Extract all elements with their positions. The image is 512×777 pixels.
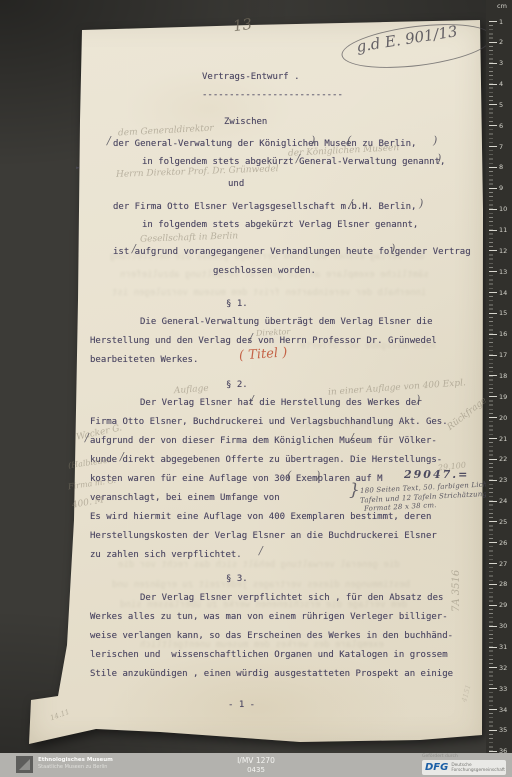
handwritten-annotation: / [85, 432, 89, 443]
handwritten-annotation: / [259, 545, 263, 556]
dfg-logo: DFG Deutsche Forschungsgemeinschaft [422, 760, 506, 775]
typed-line: geschlossen worden. [213, 266, 316, 277]
typed-line: ist aufgrund vorangegangener Verhandlung… [113, 247, 471, 258]
typed-line: kunde direkt abgegebenen Offerte zu über… [90, 455, 442, 466]
typed-line: bearbeiteten Werkes. [90, 355, 198, 366]
dfg-abbreviation: DFG [425, 762, 448, 774]
ruler-tick [489, 63, 497, 64]
handwritten-annotation: / [132, 243, 136, 254]
ruler-tick [489, 584, 497, 585]
bleedthrough-ghost-line: die general verwaltung behält sich das r… [118, 560, 400, 570]
handwritten-annotation: ( [347, 135, 351, 146]
ruler-tick [489, 104, 497, 105]
ruler-tick [489, 730, 497, 731]
handwritten-annotation: ► [76, 166, 80, 171]
handwritten-annotation: 7A 3516 [452, 570, 462, 612]
typed-line: § 3. [226, 574, 248, 585]
ruler-tick [489, 626, 497, 627]
ruler-number: 35 [499, 726, 512, 734]
ruler-number: 15 [499, 309, 512, 317]
ruler-number: 17 [499, 351, 512, 359]
handwritten-annotation: 13 [232, 17, 253, 35]
typed-line: -------------------------- [202, 90, 343, 101]
handwritten-annotation: ) [419, 198, 423, 209]
ruler-number: 13 [499, 268, 512, 276]
bleedthrough-ghost-line: bestimmungen dieses vertrages jederzeit … [112, 580, 410, 590]
typed-line: veranschlagt, bei einem Umfange von [90, 493, 280, 504]
handwritten-annotation: / [120, 451, 124, 462]
ruler-number: 5 [499, 101, 512, 109]
archive-footer-bar: Ethnologisches Museum Staatliche Museen … [0, 753, 512, 777]
ruler-tick [489, 480, 497, 481]
measurement-ruler: cm 1234567891011121314151617181920212223… [486, 0, 512, 753]
ruler-tick [489, 647, 497, 648]
typed-line: der Firma Otto Elsner Verlagsgesellschaf… [113, 202, 416, 213]
ruler-number: 23 [499, 476, 512, 484]
ruler-number: 16 [499, 330, 512, 338]
typed-line: Herstellungskosten der Verlag Elsner an … [90, 531, 437, 542]
ruler-number: 20 [499, 414, 512, 422]
ruler-number: 3 [499, 59, 512, 67]
handwritten-annotation: 29047.= [404, 469, 469, 480]
ruler-number: 1 [499, 18, 512, 26]
ruler-tick [489, 563, 497, 564]
handwritten-annotation: ) [416, 394, 420, 405]
typed-line: - 1 - [228, 700, 255, 711]
typed-line: Der Verlag Elsner hat die Herstellung de… [140, 398, 422, 409]
ruler-tick [489, 125, 497, 126]
ruler-tick [489, 417, 497, 418]
dfg-funding-block: Gefördert durch DFG Deutsche Forschungsg… [422, 754, 508, 776]
ruler-number: 6 [499, 122, 512, 130]
handwritten-annotation: / [349, 198, 353, 209]
ruler-number: 25 [499, 518, 512, 526]
ruler-minor-ticks [489, 21, 493, 751]
handwritten-annotation: / [350, 432, 354, 443]
ruler-tick [489, 501, 497, 502]
scan-viewport: der verlag elsner wird dem vertrage gemä… [0, 0, 512, 777]
handwritten-annotation: ) [316, 470, 320, 481]
handwritten-annotation: / [250, 394, 254, 405]
ruler-number: 21 [499, 435, 512, 443]
typed-line: Werkes alles zu tun, was man von einem r… [90, 612, 448, 623]
typed-line: und [228, 179, 244, 190]
handwritten-annotation: ) [311, 135, 315, 146]
dfg-full-name: Deutsche Forschungsgemeinschaft [451, 763, 505, 773]
ruler-tick [489, 751, 497, 752]
typed-line: Der Verlag Elsner verpflichtet sich , fü… [140, 593, 443, 604]
handwritten-annotation: } [349, 482, 360, 499]
ruler-tick [489, 292, 497, 293]
typed-line: Stile anzukündigen , einen würdig ausges… [90, 669, 453, 680]
handwritten-annotation: / [296, 153, 300, 164]
ruler-number: 27 [499, 560, 512, 568]
ruler-number: 18 [499, 372, 512, 380]
ruler-tick [489, 188, 497, 189]
ruler-number: 32 [499, 664, 512, 672]
ruler-number: 30 [499, 622, 512, 630]
ruler-number: 34 [499, 706, 512, 714]
ruler-tick [489, 313, 497, 314]
ruler-number: 9 [499, 184, 512, 192]
ruler-tick [489, 396, 497, 397]
typed-line: § 2. [226, 380, 248, 391]
typed-line: Es wird hiermit eine Auflage von 400 Exe… [90, 512, 431, 523]
ruler-tick [489, 667, 497, 668]
typed-line: weise verlangen kann, so das Erscheinen … [90, 631, 453, 642]
ruler-number: 11 [499, 226, 512, 234]
typed-line: kosten waren für eine Auflage von 300 Ex… [90, 474, 383, 485]
typed-line: lerischen und wissenschaftlichen Organen… [90, 650, 448, 661]
ruler-tick [489, 375, 497, 376]
ruler-number: 4 [499, 80, 512, 88]
typed-line: Firma Otto Elsner, Buchdruckerei und Ver… [90, 417, 448, 428]
typed-line: zu zahlen sich verpflichtet. [90, 550, 242, 561]
ruler-number: 29 [499, 601, 512, 609]
ruler-number: 7 [499, 143, 512, 151]
ruler-tick [489, 688, 497, 689]
ruler-number: 22 [499, 455, 512, 463]
ruler-number: 2 [499, 38, 512, 46]
typed-line: in folgendem stets abgekürzt Verlag Elsn… [142, 220, 418, 231]
typed-line: § 1. [226, 299, 248, 310]
ruler-tick [489, 250, 497, 251]
ruler-tick [489, 459, 497, 460]
ruler-tick [489, 334, 497, 335]
handwritten-annotation: / [107, 135, 111, 146]
typed-line: Zwischen [224, 117, 267, 128]
handwritten-annotation: / [249, 332, 253, 343]
bleedthrough-ghost-line: innerhalb der vereinbarten frist dem mus… [112, 288, 426, 298]
ruler-number: 10 [499, 205, 512, 213]
typed-line: aufgrund der von dieser Firma dem Königl… [90, 436, 437, 447]
ruler-tick [489, 84, 497, 85]
handwritten-annotation: ) [433, 135, 437, 146]
ruler-tick [489, 521, 497, 522]
ruler-number: 12 [499, 247, 512, 255]
handwritten-annotation: ) [437, 153, 441, 164]
typed-line: Vertrags-Entwurf . [202, 72, 300, 83]
ruler-number: 31 [499, 643, 512, 651]
ruler-number: 33 [499, 685, 512, 693]
ruler-number: 8 [499, 163, 512, 171]
typed-line: Herstellung und den Verlag des von Herrn… [90, 336, 437, 347]
ruler-tick [489, 146, 497, 147]
ruler-tick [489, 271, 497, 272]
ruler-unit-label: cm [497, 2, 507, 10]
ruler-number: 24 [499, 497, 512, 505]
ruler-tick [489, 42, 497, 43]
ruler-tick [489, 230, 497, 231]
handwritten-annotation: ) [391, 243, 395, 254]
handwritten-annotation: ( Titel ) [239, 346, 288, 362]
ruler-tick [489, 709, 497, 710]
ruler-tick [489, 605, 497, 606]
ruler-tick [489, 542, 497, 543]
ruler-number: 26 [499, 539, 512, 547]
ruler-tick [489, 167, 497, 168]
handwritten-annotation: ( [287, 470, 291, 481]
ruler-tick [489, 355, 497, 356]
ruler-number: 19 [499, 393, 512, 401]
ruler-tick [489, 209, 497, 210]
ruler-number: 28 [499, 580, 512, 588]
ruler-number: 14 [499, 289, 512, 297]
ruler-tick [489, 438, 497, 439]
ruler-tick [489, 21, 497, 22]
dfg-word-2: Forschungsgemeinschaft [451, 768, 505, 773]
